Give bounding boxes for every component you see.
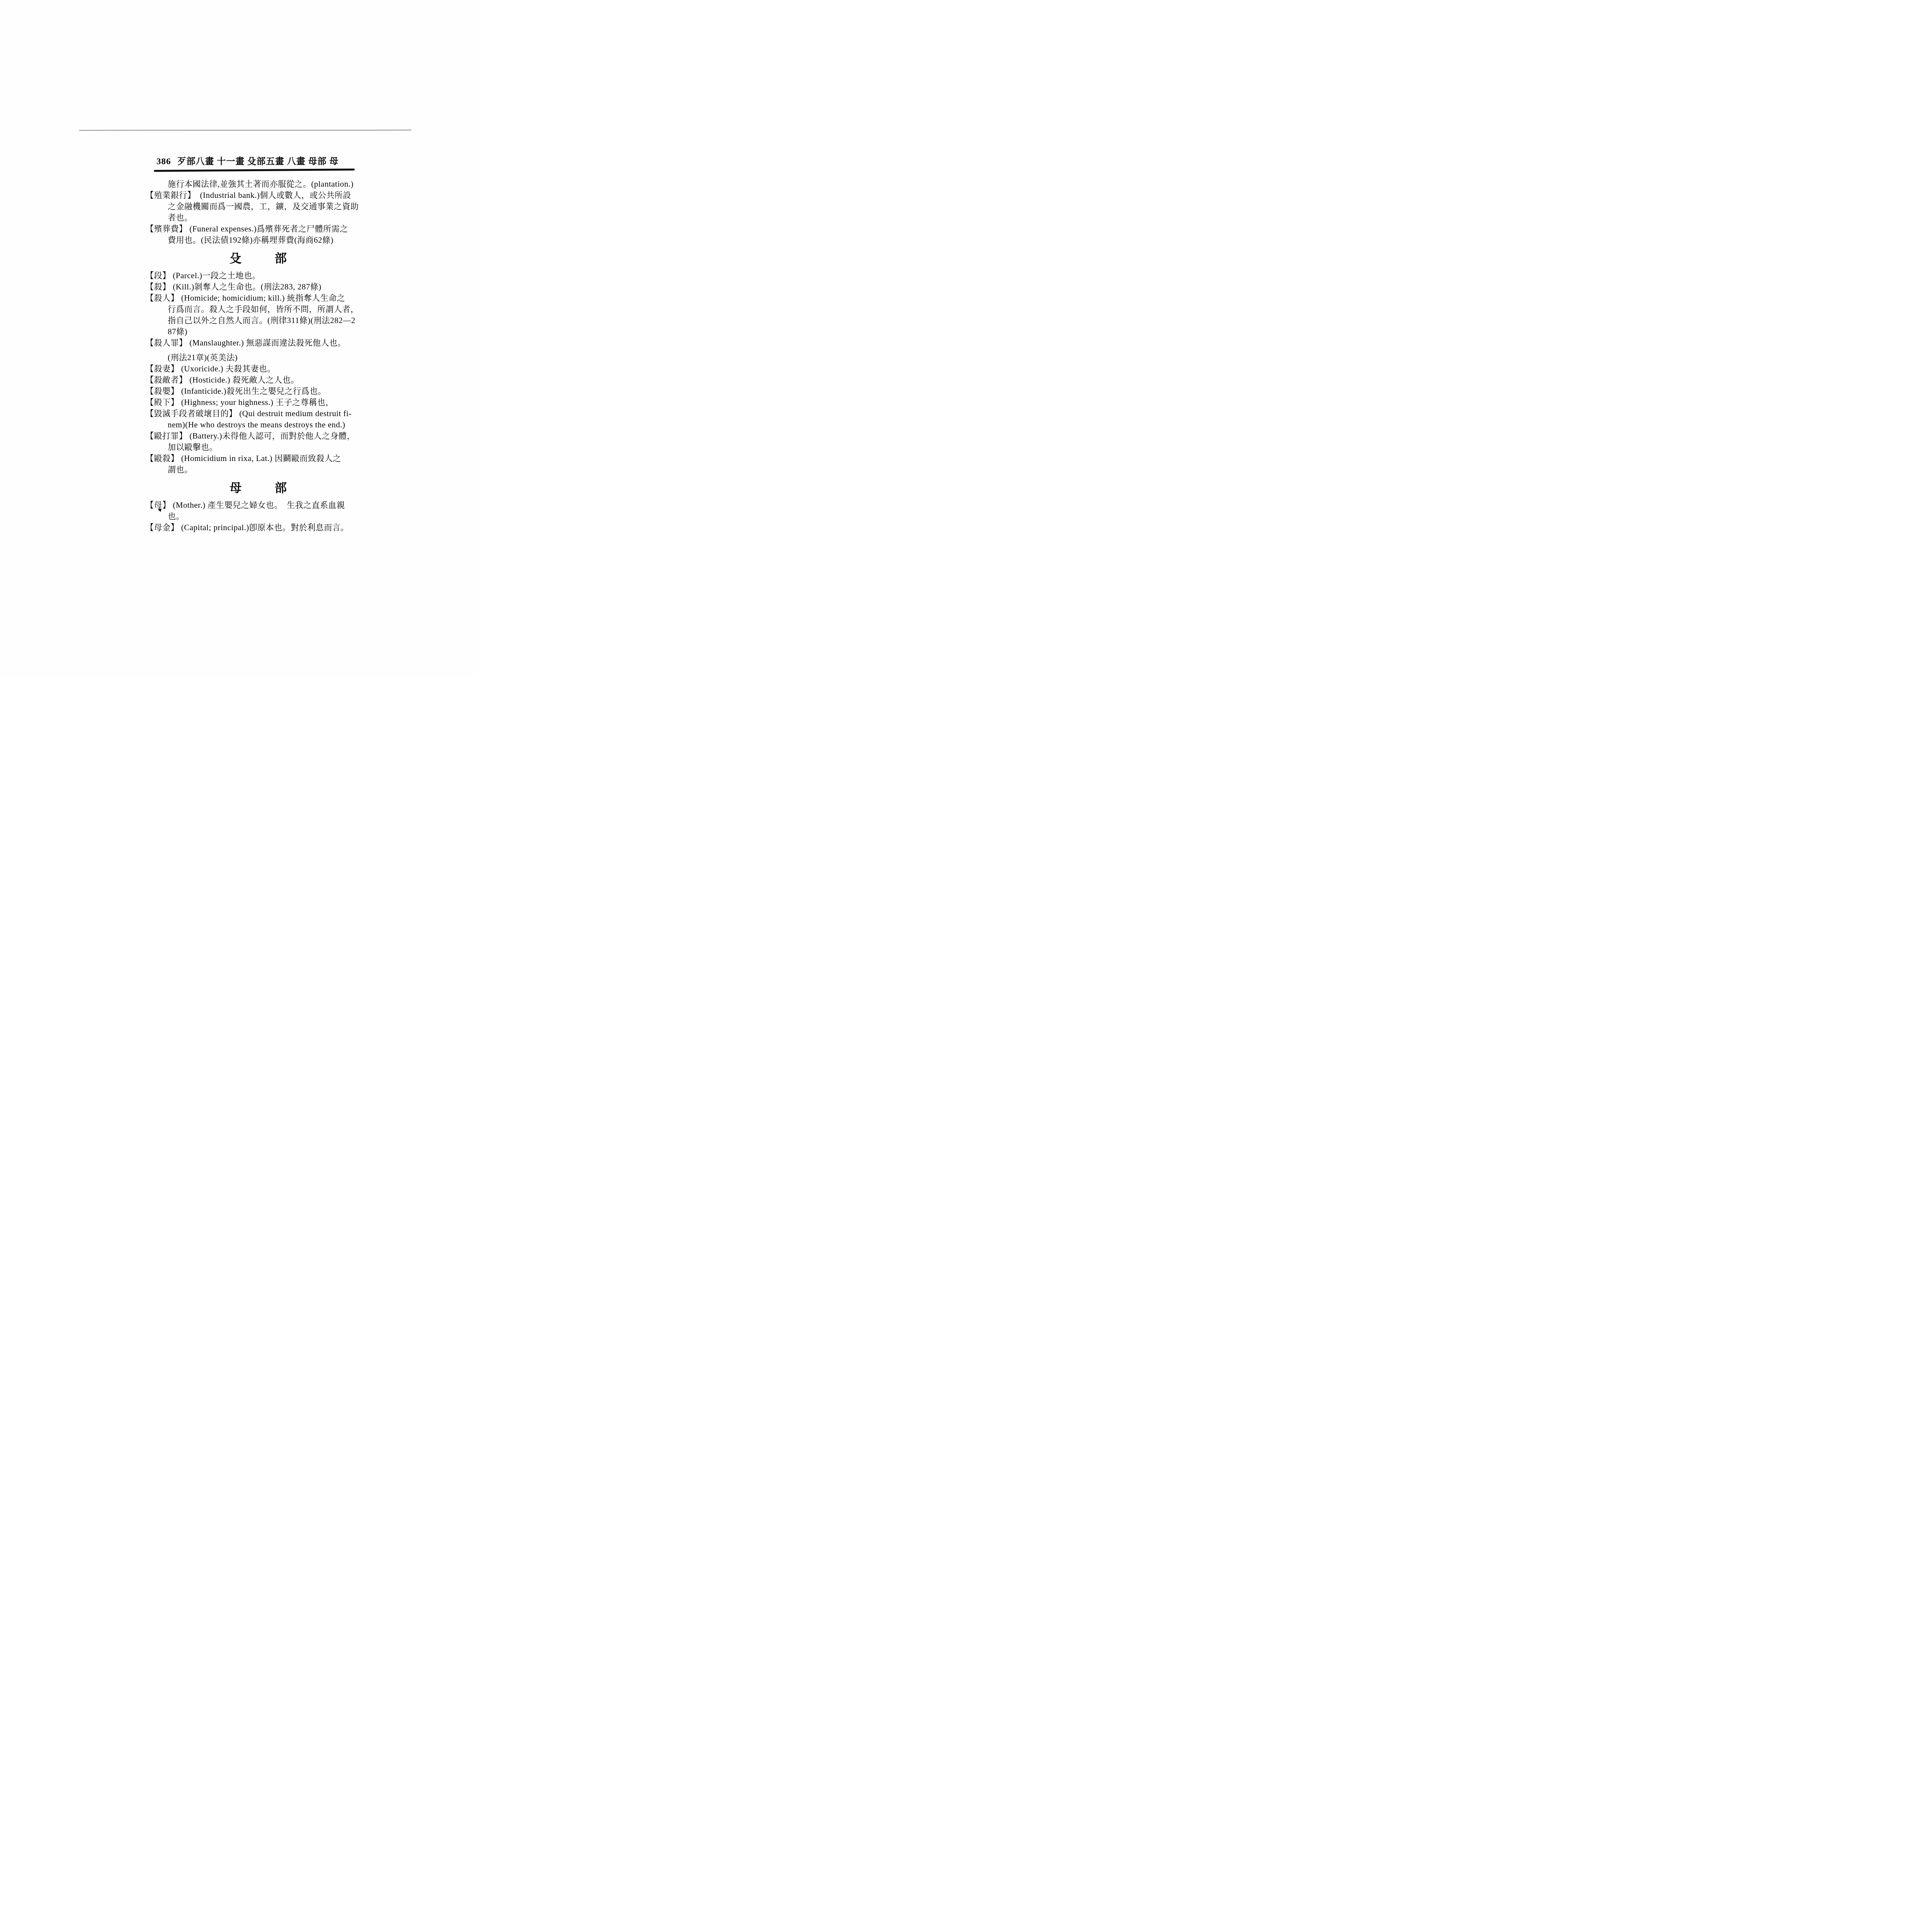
page-header: 386歹部八畫 十一畫 殳部五畫 八畫 母部 母	[156, 154, 338, 167]
scan-artifact-line	[79, 130, 412, 131]
entry-first-line: 【殺敵者】 (Hosticide.) 殺死敵人之人也。	[146, 374, 371, 386]
entry-first-line: 【殯葬費】 (Funeral expenses.)爲殯葬死者之尸體所需之	[146, 223, 371, 235]
entry-cont-line: 行爲而言。殺人之手段如何，皆所不問，所謂人者，	[146, 304, 371, 315]
part-heading-radical: 母	[230, 481, 242, 495]
entry-first-line: 【母】 (Mother.) 產生嬰兒之婦女也。 生我之直系血親	[146, 500, 371, 511]
entry-first-line: 【毆打罪】 (Battery.)未得他人認可，而對於他人之身體，	[146, 430, 371, 442]
entry-cont-line: 指自己以外之自然人而言。(刑律311條)(刑法282—2	[146, 315, 371, 326]
header-title: 歹部八畫 十一畫 殳部五畫 八畫 母部 母	[177, 156, 339, 166]
part-heading-bu: 部	[275, 481, 287, 495]
entry-first-line: 【殺人罪】 (Manslaughter.) 無惡謀而違法殺死他人也。	[146, 337, 371, 349]
entry-first-line: 【殖業銀行】 (Industrial bank.)個人或數人，或公共所設	[146, 190, 371, 201]
part-heading: 殳部	[146, 250, 371, 267]
entry-first-line: 【殺妻】 (Uxoricide.) 夫殺其妻也。	[146, 363, 371, 374]
entry-cont-line: 加以毆擊也。	[146, 442, 371, 453]
entry-first-line: 【毆殺】 (Homicidium in rixa, Lat.) 因鬬毆而致殺人之	[146, 453, 371, 464]
entry-first-line: 【殺】 (Kill.)剝奪人之生命也。(刑法283, 287條)	[146, 281, 371, 293]
entry-first-line: 【殿下】 (Highness; your highness.) 王子之尊稱也，	[146, 397, 371, 408]
entry-first-line: 【毀滅手段者破壞目的】 (Qui destruit medium destrui…	[146, 408, 371, 419]
part-heading-radical: 殳	[230, 252, 242, 265]
continuation-line: 施行本國法律,並強其土著而亦服從之。(plantation.)	[146, 179, 371, 190]
entry-cont-line: (刑法21章)(英美法)	[146, 352, 371, 363]
scanned-dictionary-page: 386歹部八畫 十一畫 殳部五畫 八畫 母部 母 施行本國法律,並強其土著而亦服…	[0, 0, 479, 678]
content-column: 施行本國法律,並強其土著而亦服從之。(plantation.) 【殖業銀行】 (…	[146, 179, 371, 533]
entry-cont-line: 87條)	[146, 326, 371, 337]
entry-cont-line: nem)(He who destroys the means destroys …	[146, 419, 371, 430]
entry-cont-line: 之金融機關而爲一國農，工，鑛，及交通事業之資助	[146, 201, 371, 212]
entry-cont-line: 也。	[146, 511, 371, 522]
header-rule	[154, 168, 355, 172]
entry-first-line: 【殺人】 (Homicide; homicidium; kill.) 統指奪人生…	[146, 293, 371, 304]
part-heading-bu: 部	[275, 252, 287, 265]
entry-cont-line: 費用也。(民法債192條)亦稱埋葬費(海商62條)	[146, 235, 371, 246]
entry-cont-line: 者也。	[146, 212, 371, 223]
entry-first-line: 【殺嬰】 (Infanticide.)殺死出生之嬰兒之行爲也。	[146, 386, 371, 397]
entry-cont-line: 謂也。	[146, 464, 371, 475]
entry-first-line: 【段】 (Parcel.)一段之土地也。	[146, 270, 371, 281]
entry-first-line: 【母金】 (Capital; principal.)卽原本也。對於利息而言。	[146, 522, 371, 533]
part-heading: 母部	[146, 480, 371, 496]
page-number: 386	[156, 156, 171, 166]
